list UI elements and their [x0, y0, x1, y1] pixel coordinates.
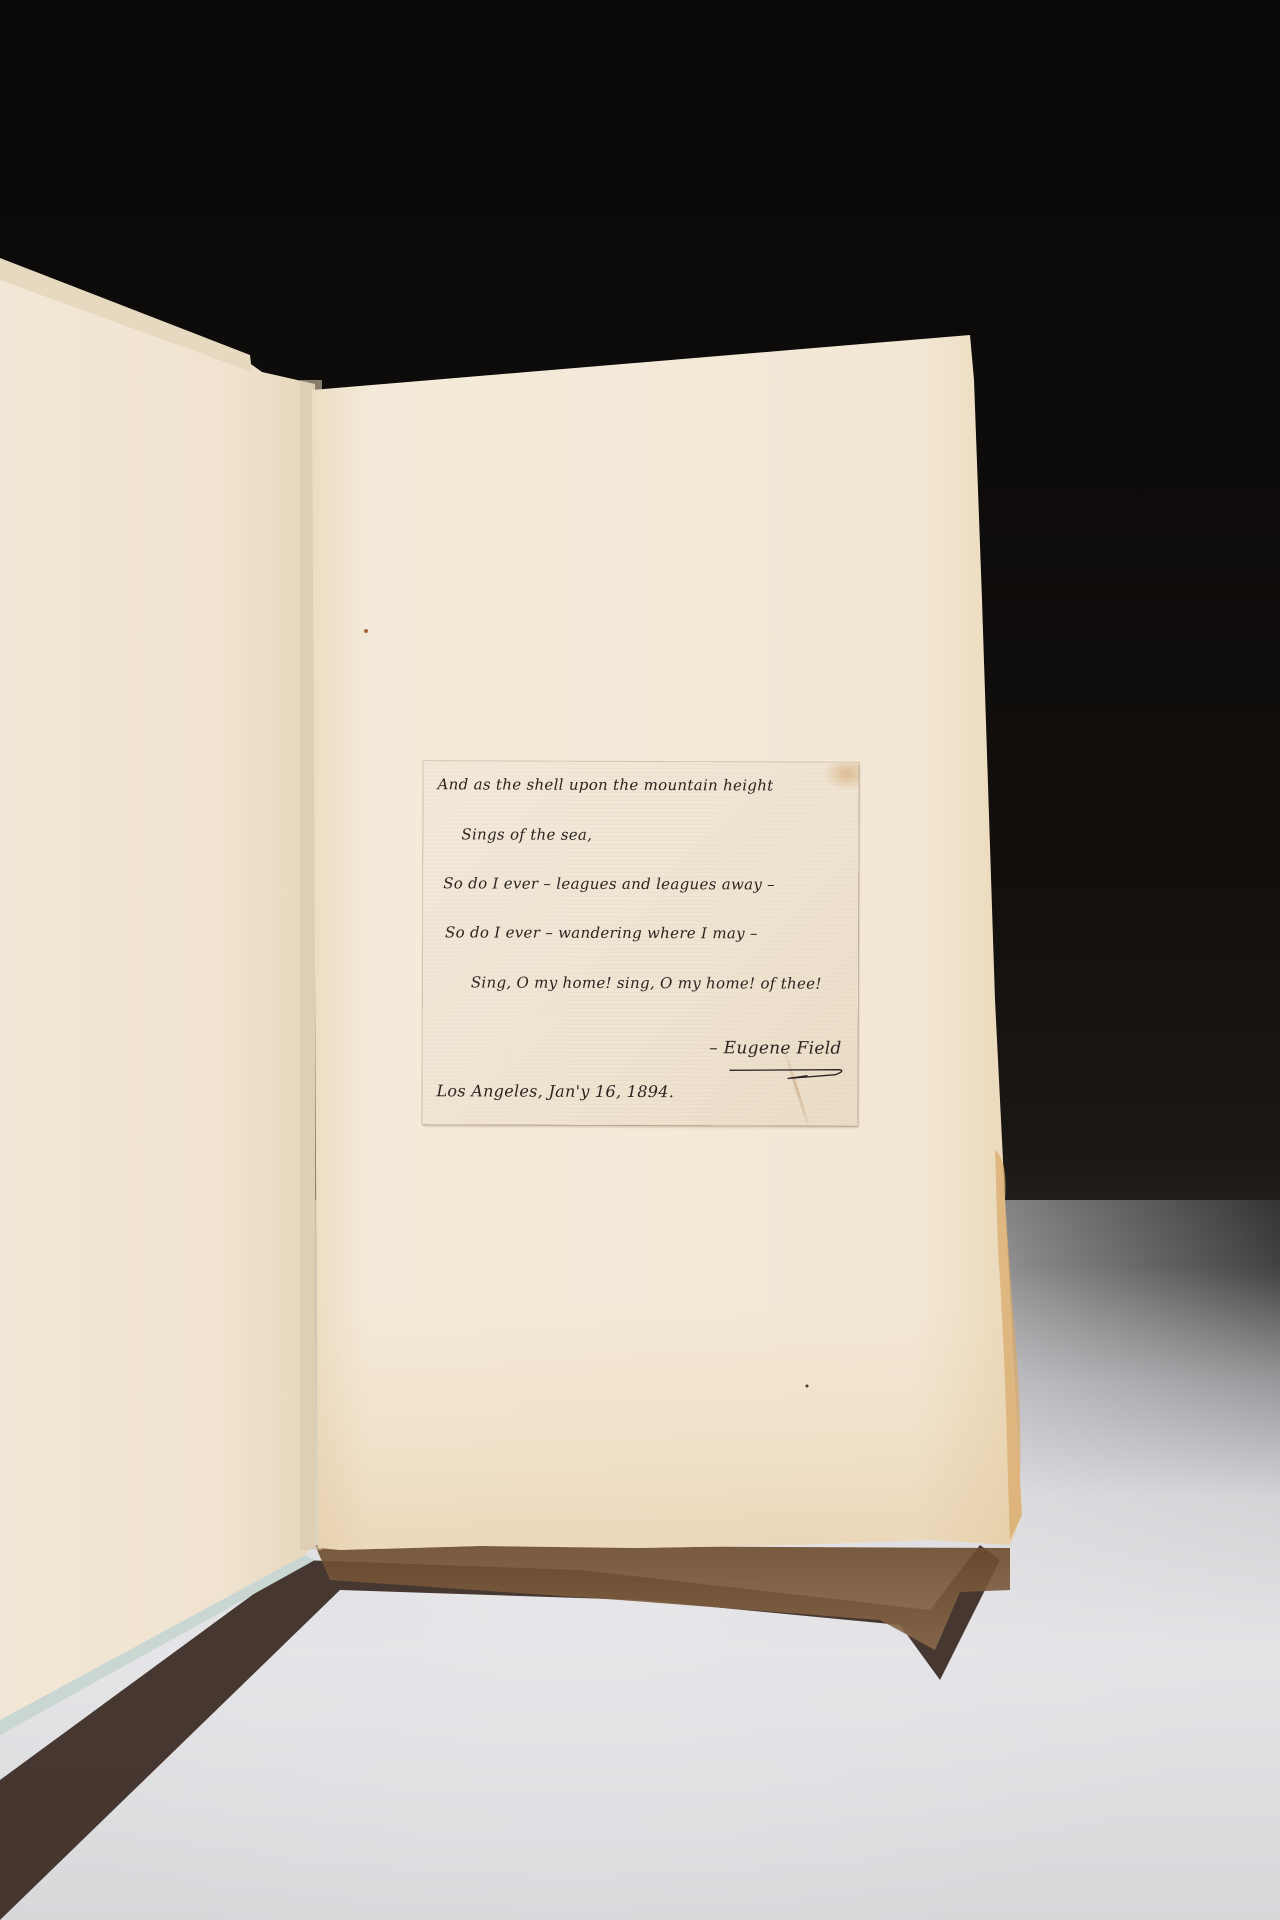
place-and-date: Los Angeles, Jan'y 16, 1894. [436, 1081, 674, 1101]
autograph-note: And as the shell upon the mountain heigh… [422, 761, 858, 1126]
poem-line-5: Sing, O my home! sing, O my home! of the… [471, 973, 822, 992]
signature: – Eugene Field [709, 1038, 842, 1058]
poem-line-4: So do I ever – wandering where I may – [445, 923, 758, 942]
page-speck [806, 1385, 809, 1388]
paper-crease [783, 1049, 810, 1124]
left-page [0, 262, 315, 1720]
corner-stain [823, 763, 859, 791]
photo-scene: And as the shell upon the mountain heigh… [0, 0, 1280, 1920]
poem-line-3: So do I ever – leagues and leagues away … [443, 874, 775, 893]
page-cast-shadow [315, 1545, 1010, 1650]
page-speck [364, 629, 368, 633]
poem-line-1: And as the shell upon the mountain heigh… [438, 775, 774, 794]
signature-flourish-icon [728, 1066, 848, 1082]
poem-line-2: Sings of the sea, [461, 825, 592, 843]
